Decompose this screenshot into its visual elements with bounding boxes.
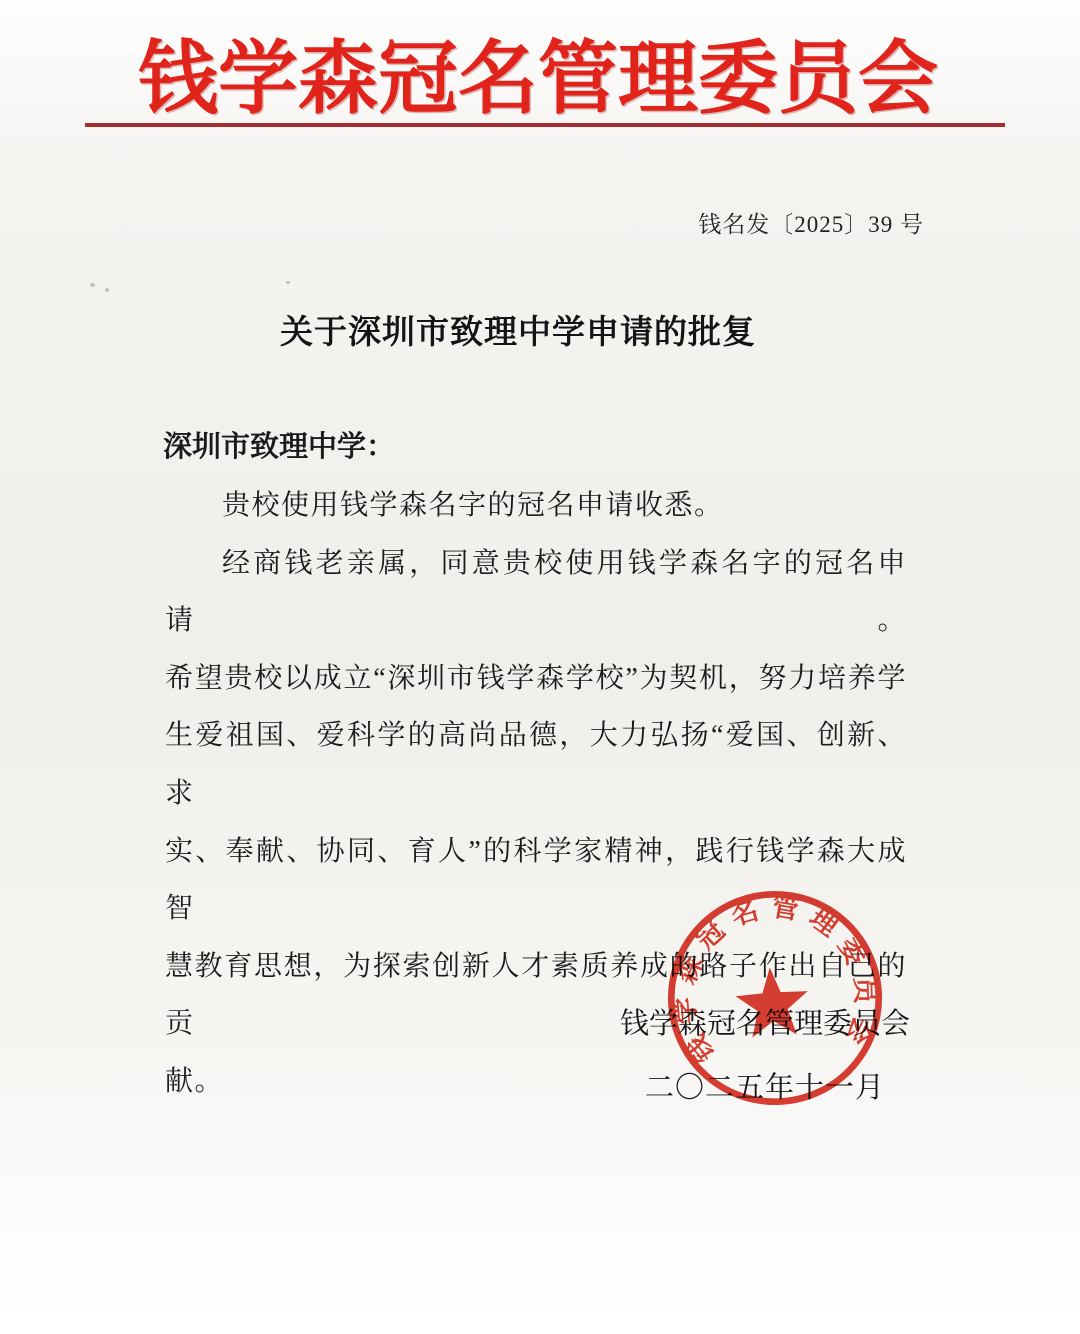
seal-star-icon [734,965,811,1039]
body-line: 贵校使用钱学森名字的冠名申请收悉。 [165,477,907,535]
body-line: 希望贵校以成立“深圳市钱学森学校”为契机，努力培养学 [165,650,907,708]
official-seal: 钱学森冠名管理委员会 [652,875,897,1120]
document-title: 关于深圳市致理中学申请的批复 [0,306,1036,353]
body-line: 生爱祖国、爱科学的高尚品德，大力弘扬“爱国、创新、求 [165,707,907,822]
scan-speck [105,288,109,292]
body-line: 经商钱老亲属，同意贵校使用钱学森名字的冠名申请。 [165,535,907,650]
document-number: 钱名发〔2025〕39 号 [698,206,924,239]
scan-speck [286,281,290,284]
letterhead-divider-rule [85,123,1005,127]
letterhead-title: 钱学森冠名管理委员会 [0,14,1076,129]
addressee: 深圳市致理中学： [163,424,395,465]
document-page: 钱学森冠名管理委员会 钱名发〔2025〕39 号 关于深圳市致理中学申请的批复 … [0,0,1080,1334]
scan-speck [90,283,95,287]
